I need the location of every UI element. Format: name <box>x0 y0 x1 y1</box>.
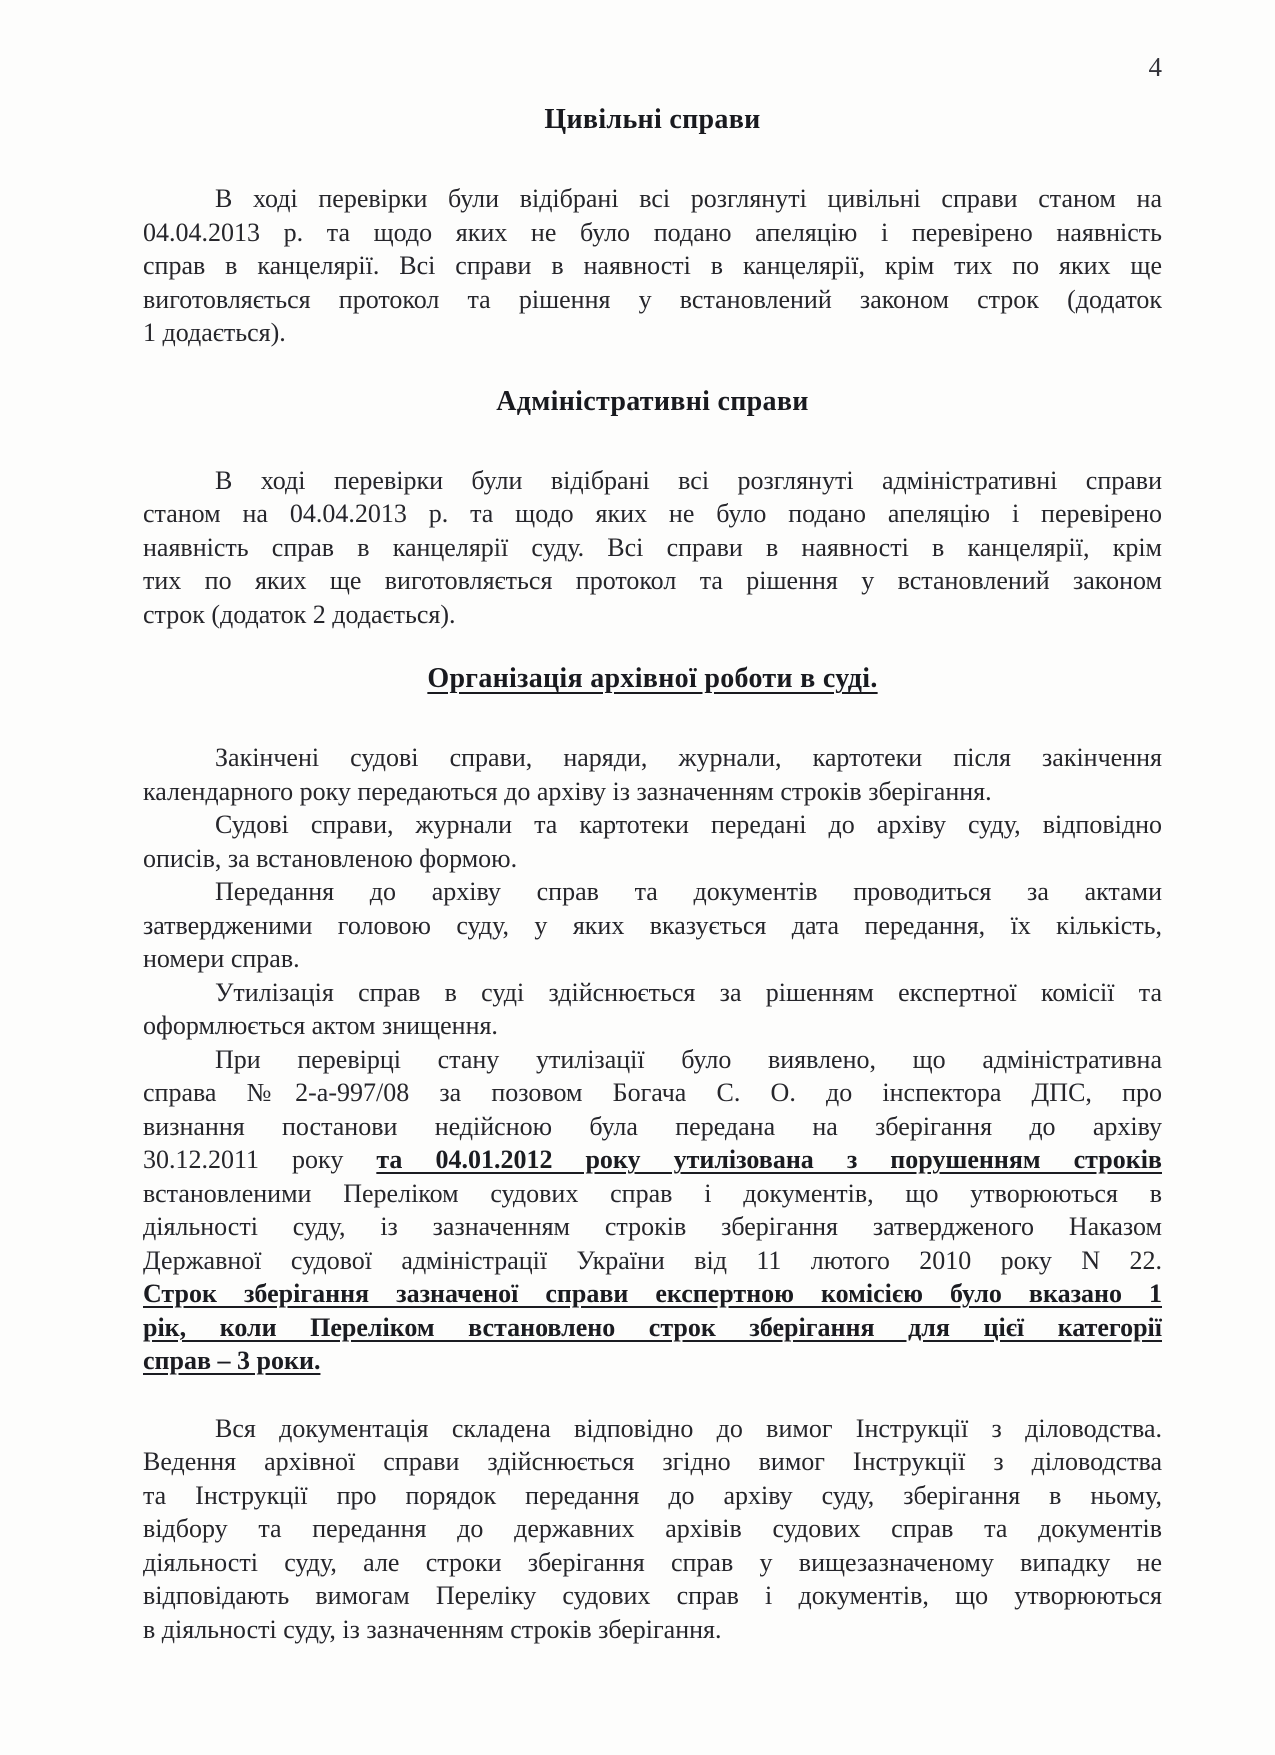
text-run: діяльності суду, але строки зберігання с… <box>143 1548 1162 1577</box>
text-run: відповідають вимогам Переліку судових сп… <box>143 1581 1162 1610</box>
text-line: в діяльності суду, із зазначенням строкі… <box>143 1613 1162 1647</box>
text-run: справ в канцелярії. Всі справи в наявнос… <box>143 251 1162 280</box>
text-line: виготовляється протокол та рішення у вст… <box>143 283 1162 317</box>
text-line: справ в канцелярії. Всі справи в наявнос… <box>143 249 1162 283</box>
text-run: Державної судової адміністрації України … <box>143 1246 1162 1275</box>
paragraph: Вся документація складена відповідно до … <box>143 1412 1162 1647</box>
text-line: 1 додається). <box>143 316 1162 350</box>
text-run: в діяльності суду, із зазначенням строкі… <box>143 1615 722 1644</box>
text-line: Передання до архіву справ та документів … <box>143 875 1162 909</box>
text-line: календарного року передаються до архіву … <box>143 775 1162 809</box>
paragraph: Утилізація справ в суді здійснюється за … <box>143 976 1162 1043</box>
text-line: Ведення архівної справи здійснюється згі… <box>143 1445 1162 1479</box>
emphasized-text: справ – 3 роки. <box>143 1346 320 1375</box>
text-line: станом на 04.04.2013 р. та щодо яких не … <box>143 497 1162 531</box>
text-run: В ході перевірки були відібрані всі розг… <box>215 466 1162 495</box>
text-run: Передання до архіву справ та документів … <box>215 877 1162 906</box>
text-run: наявність справ в канцелярії суду. Всі с… <box>143 533 1162 562</box>
text-line: оформлюється актом знищення. <box>143 1009 1162 1043</box>
paragraph: Закінчені судові справи, наряди, журнали… <box>143 741 1162 808</box>
text-line: та Інструкції про порядок передання до а… <box>143 1479 1162 1513</box>
text-line: 30.12.2011 року та 04.01.2012 року утилі… <box>143 1143 1162 1177</box>
text-line: справ – 3 роки. <box>143 1344 1162 1378</box>
paragraph: В ході перевірки були відібрані всі розг… <box>143 464 1162 632</box>
text-line: встановленими Переліком судових справ і … <box>143 1177 1162 1211</box>
text-run: строк (додаток 2 додається). <box>143 600 456 629</box>
text-line: 04.04.2013 р. та щодо яких не було подан… <box>143 216 1162 250</box>
section-heading: Організація архівної роботи в суді. <box>143 661 1162 697</box>
text-run: діяльності суду, із зазначенням строків … <box>143 1212 1162 1241</box>
emphasized-text: Строк зберігання зазначеної справи експе… <box>143 1279 1162 1308</box>
text-run: Утилізація справ в суді здійснюється за … <box>215 978 1162 1007</box>
text-run: описів, за встановленою формою. <box>143 844 517 873</box>
text-run: Вся документація складена відповідно до … <box>215 1414 1162 1443</box>
document-section: Адміністративні справиВ ході перевірки б… <box>143 384 1162 632</box>
text-run: Ведення архівної справи здійснюється згі… <box>143 1447 1162 1476</box>
page-number: 4 <box>143 50 1162 84</box>
text-line: номери справ. <box>143 942 1162 976</box>
text-run: визнання постанови недійсною була переда… <box>143 1112 1162 1141</box>
text-run: 30.12.2011 року <box>143 1145 376 1174</box>
section-heading: Цивільні справи <box>143 102 1162 138</box>
text-line: рік, коли Переліком встановлено строк зб… <box>143 1311 1162 1345</box>
text-run: В ході перевірки були відібрані всі розг… <box>215 184 1162 213</box>
emphasized-text: рік, коли Переліком встановлено строк зб… <box>143 1313 1162 1342</box>
text-line: Судові справи, журнали та картотеки пере… <box>143 808 1162 842</box>
text-line: Строк зберігання зазначеної справи експе… <box>143 1277 1162 1311</box>
text-run: При перевірці стану утилізації було вияв… <box>215 1045 1162 1074</box>
text-run: Судові справи, журнали та картотеки пере… <box>215 810 1162 839</box>
text-line: Вся документація складена відповідно до … <box>143 1412 1162 1446</box>
text-line: Утилізація справ в суді здійснюється за … <box>143 976 1162 1010</box>
text-line: відбору та передання до державних архіві… <box>143 1512 1162 1546</box>
text-line: В ході перевірки були відібрані всі розг… <box>143 464 1162 498</box>
text-run: затвердженими головою суду, у яких вказу… <box>143 911 1162 940</box>
text-line: визнання постанови недійсною була переда… <box>143 1110 1162 1144</box>
section-heading: Адміністративні справи <box>143 384 1162 420</box>
text-run: 1 додається). <box>143 318 286 347</box>
paragraph: В ході перевірки були відібрані всі розг… <box>143 182 1162 350</box>
paragraph: При перевірці стану утилізації було вияв… <box>143 1043 1162 1378</box>
text-run: справа №2-а-997/08 за позовом Богача С. … <box>143 1078 1162 1107</box>
text-line: описів, за встановленою формою. <box>143 842 1162 876</box>
text-run: виготовляється протокол та рішення у вст… <box>143 285 1162 314</box>
text-line: При перевірці стану утилізації було вияв… <box>143 1043 1162 1077</box>
paragraph: Передання до архіву справ та документів … <box>143 875 1162 976</box>
text-run: оформлюється актом знищення. <box>143 1011 498 1040</box>
emphasized-text: та 04.01.2012 року утилізована з порушен… <box>376 1145 1162 1174</box>
document-section: Організація архівної роботи в суді.Закін… <box>143 661 1162 1646</box>
text-line: строк (додаток 2 додається). <box>143 598 1162 632</box>
text-line: справа №2-а-997/08 за позовом Богача С. … <box>143 1076 1162 1110</box>
text-run: встановленими Переліком судових справ і … <box>143 1179 1162 1208</box>
scanned-document-page: 4 Цивільні справиВ ході перевірки були в… <box>0 0 1275 1755</box>
text-line: діяльності суду, але строки зберігання с… <box>143 1546 1162 1580</box>
paragraph: Судові справи, журнали та картотеки пере… <box>143 808 1162 875</box>
text-run: календарного року передаються до архіву … <box>143 777 992 806</box>
document-content: Цивільні справиВ ході перевірки були від… <box>143 102 1162 1646</box>
text-run: відбору та передання до державних архіві… <box>143 1514 1162 1543</box>
text-line: тих по яких ще виготовляється протокол т… <box>143 564 1162 598</box>
text-line: Закінчені судові справи, наряди, журнали… <box>143 741 1162 775</box>
text-line: наявність справ в канцелярії суду. Всі с… <box>143 531 1162 565</box>
text-run: 04.04.2013 р. та щодо яких не було подан… <box>143 218 1162 247</box>
text-run: тих по яких ще виготовляється протокол т… <box>143 566 1162 595</box>
document-section: Цивільні справиВ ході перевірки були від… <box>143 102 1162 350</box>
text-line: Державної судової адміністрації України … <box>143 1244 1162 1278</box>
text-run: станом на 04.04.2013 р. та щодо яких не … <box>143 499 1162 528</box>
text-line: відповідають вимогам Переліку судових сп… <box>143 1579 1162 1613</box>
text-line: В ході перевірки були відібрані всі розг… <box>143 182 1162 216</box>
text-run: та Інструкції про порядок передання до а… <box>143 1481 1162 1510</box>
text-run: Закінчені судові справи, наряди, журнали… <box>215 743 1162 772</box>
text-run: номери справ. <box>143 944 300 973</box>
text-line: затвердженими головою суду, у яких вказу… <box>143 909 1162 943</box>
text-line: діяльності суду, із зазначенням строків … <box>143 1210 1162 1244</box>
